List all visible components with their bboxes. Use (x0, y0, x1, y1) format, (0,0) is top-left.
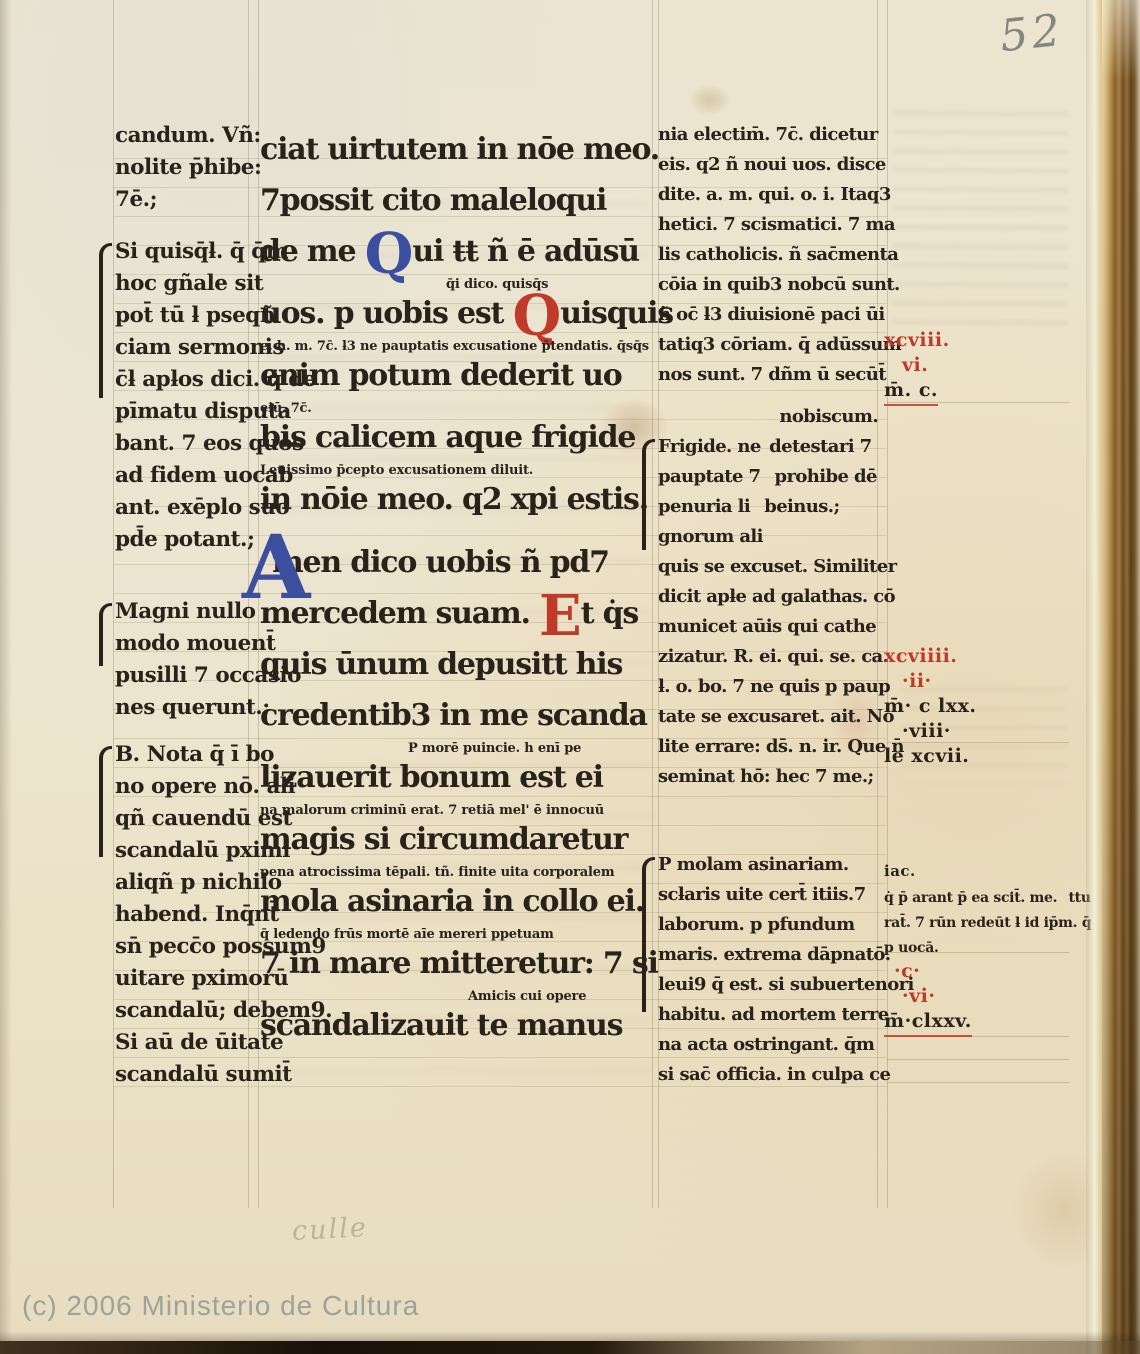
page-bottom-shadow (0, 1331, 1140, 1341)
manuscript-line: candum. Vñ: (115, 120, 253, 152)
numeral-text: iac. (884, 862, 916, 880)
manuscript-line: ciam sermonis (115, 332, 253, 364)
margin-numeral: iac. (884, 858, 1091, 884)
line-text: uos. p uobis est (260, 296, 512, 331)
manuscript-line: scandalū; debem9. (115, 995, 253, 1027)
manuscript-line: 7possit cito maleloqui (260, 175, 656, 226)
numeral-text: rat̄. 7 rūn redeūt ƚ id ip̄m. q̄ (884, 915, 1091, 931)
margin-numeral: ·vi· (884, 984, 1091, 1009)
ruling-extension (887, 1082, 1069, 1083)
line-text: in nōie meo. q2 xpi estis. (260, 482, 648, 517)
numeral-text: p uocā. (884, 940, 939, 956)
manuscript-line: pd̄e potant.; (115, 524, 253, 556)
line-text: ciat uirtutem in nōe meo. (260, 132, 659, 167)
manuscript-line: municet aūis qui cathe (658, 612, 878, 642)
numeral-text: m̄. c. (884, 378, 938, 406)
manuscript-line: scandalū sumit̄ (115, 1059, 253, 1091)
ruling-line (113, 0, 114, 1208)
manuscript-line: lis catholicis. ñ sac̄menta (658, 240, 878, 270)
line-text: enim potum dederit uo (260, 358, 622, 393)
manuscript-line: pot̄ tū ƚ pseqñ (115, 300, 253, 332)
manuscript-line: pusilli 7 occasio (115, 660, 253, 692)
numeral-text: le xcvii. (884, 745, 969, 767)
margin-numerals-group-2: xcviiii.·ii·m̄· c lxx.·viii·le xcvii. (884, 644, 977, 769)
line-text: ui ŧŧ ñ ē adūsū (412, 234, 639, 269)
numeral-text: vi. (884, 354, 928, 376)
manuscript-line: habend. Inq̄nt̄ (115, 899, 253, 931)
margin-numeral: rat̄. 7 rūn redeūt ƚ id ip̄m. q̄ (884, 909, 1091, 934)
manuscript-line: nobiscum. (658, 402, 878, 432)
manuscript-line: dicit apƚe ad galathas. cō (658, 582, 878, 612)
manuscript-line: credentib3 in me scanda (260, 690, 656, 741)
margin-numeral: ·ii· (884, 669, 977, 694)
manuscript-line: uos. p uobis est Quisquis (260, 288, 656, 339)
margin-numeral: m̄· c lxx. (884, 694, 977, 719)
manuscript-line: c̄ƚ apƚos dici. q̄ de (115, 364, 253, 396)
gutter-shadow (0, 0, 12, 1354)
line-text: scandalizauit te manus (260, 1008, 622, 1043)
manuscript-line: nia electim̄. 7c̄. dicetur (658, 120, 878, 150)
manuscript-line: ant. exēplo suo (115, 492, 253, 524)
manuscript-line: lizauerit bonum est ei (260, 752, 656, 803)
numeral-text: xcviiii. (884, 645, 957, 667)
manuscript-line: ciat uirtutem in nōe meo. (260, 124, 656, 175)
manuscript-line: Si aū de ūitate (115, 1027, 253, 1059)
line-text: quis ūnum depusitt his (260, 647, 622, 682)
numeral-text: ·ii· (884, 670, 932, 692)
margin-numeral: q̇ p̄ arant p̄ ea scit̄. me. ttu (884, 884, 1091, 909)
numeral-text: q̇ p̄ arant p̄ ea scit̄. me. ttu (884, 890, 1091, 906)
manuscript-line: scandalū pximi (115, 835, 253, 867)
book-bottom-edge (0, 1341, 1140, 1354)
manuscript-line: hoc gñale sit (115, 268, 253, 300)
margin-numeral: ·c· (884, 959, 1091, 984)
ruling-extension (887, 1059, 1069, 1060)
manuscript-line: si sac̄ officia. in culpa ce (658, 1060, 878, 1090)
line-text: credentib3 in me scanda (260, 698, 647, 733)
manuscript-line: P molam asinariam. (658, 850, 878, 880)
line-text: mola asinaria in collo ei. (260, 884, 644, 919)
manuscript-line: nes querunt.; (115, 692, 253, 724)
margin-numeral: xcviiii. (884, 644, 977, 669)
manuscript-line: nos sunt. 7 dñm ū secūt̄ (658, 360, 878, 390)
manuscript-line: scandalizauit te manus (260, 1000, 656, 1051)
manuscript-line: Magni nullo (115, 596, 253, 628)
margin-numeral: vi. (884, 353, 950, 378)
manuscript-line: qñ cauendū est (115, 803, 253, 835)
manuscript-line: laborum. p pfundum (658, 910, 878, 940)
manuscript-line: scƚaris uite cert̄ itiis.7 (658, 880, 878, 910)
manuscript-line: quis ūnum depusitt his (260, 639, 656, 690)
manuscript-page: 52 candum. Vñ: nolite p̄hibe: 7ē.; Si qu… (0, 0, 1140, 1354)
margin-numeral: xcviii. (884, 328, 950, 353)
margin-numerals-group-3: iac.q̇ p̄ arant p̄ ea scit̄. me. tturat̄… (884, 858, 1091, 1037)
manuscript-line: lite errare: ds̄. n. ir. Que n̄ (658, 732, 878, 762)
manuscript-line: Si quisq̄ƚ. q̄ q̄m (115, 236, 253, 268)
manuscript-line: tate se excusaret. ait. No (658, 702, 878, 732)
manuscript-line: tatiq3 cōriam. q̄ adūssum (658, 330, 878, 360)
line-text: men dico uobis ñ pd7 (272, 545, 609, 580)
main-column: ciat uirtutem in nōe meo. 7possit cito m… (260, 124, 656, 1051)
manuscript-line: penuria li beinus.; (658, 492, 878, 522)
manuscript-line: enim potum dederit uo (260, 350, 656, 401)
margin-numeral: p uocā. (884, 934, 1091, 959)
manuscript-line: leui9 q̄ est. si subuertenori (658, 970, 878, 1000)
manuscript-line: 7ē.; (115, 184, 253, 216)
right-column: nia electim̄. 7c̄. dicetur eis. q2 ñ nou… (658, 120, 878, 1090)
line-text: 7 in mare mitteretur: 7 si (260, 946, 658, 981)
manuscript-line: pauptate 7 prohibe dē (658, 462, 878, 492)
manuscript-line: bis calicem aque frigide (260, 412, 656, 463)
manuscript-line: nolite p̄hibe: (115, 152, 253, 184)
manuscript-line: de me Qui ŧŧ ñ ē adūsū (260, 226, 656, 277)
manuscript-line: in nōie meo. q2 xpi estis. (260, 474, 656, 525)
numeral-text: ·vi· (884, 985, 936, 1007)
margin-numeral: m̄·clxxv. (884, 1009, 1091, 1037)
show-through-text (892, 111, 1069, 340)
manuscript-line: na acta ostringant. q̄m (658, 1030, 878, 1060)
manuscript-line: seminat hō: hec 7 me.; (658, 762, 878, 792)
margin-numeral: ·viii· (884, 719, 977, 744)
manuscript-line: magis si circumdaretur (260, 814, 656, 865)
pencil-page-number: 52 (998, 5, 1067, 62)
manuscript-line: 7 in mare mitteretur: 7 si (260, 938, 656, 989)
numeral-text: ·viii· (884, 720, 951, 742)
manuscript-line: gnorum ali (658, 522, 878, 552)
manuscript-line: uitare pximorū (115, 963, 253, 995)
line-text: bis calicem aque frigide (260, 420, 635, 455)
manuscript-line: mola asinaria in collo ei. (260, 876, 656, 927)
numeral-text: m̄·clxxv. (884, 1009, 972, 1037)
manuscript-line: no opere nō. ali (115, 771, 253, 803)
manuscript-line: pīmatu disputa (115, 396, 253, 428)
line-text: magis si circumdaretur (260, 822, 627, 857)
manuscript-line: zizatur. R. ei. qui. se. ca. (658, 642, 878, 672)
numeral-text: xcviii. (884, 329, 950, 351)
manuscript-line: modo mouent̄ (115, 628, 253, 660)
manuscript-line: maris. extrema dāpnatō. (658, 940, 878, 970)
manuscript-line: eis. q2 ñ noui uos. disce (658, 150, 878, 180)
manuscript-line: quis se excuset. Similiter (658, 552, 878, 582)
copyright-watermark: (c) 2006 Ministerio de Cultura (22, 1290, 419, 1322)
manuscript-line: habitu. ad mortem terre (658, 1000, 878, 1030)
manuscript-line: Amen dico uobis ñ pd7 (260, 537, 656, 588)
manuscript-line: mercedem suam. Et q̇s (260, 588, 656, 639)
manuscript-line: ƚ. o. bo. 7 ne quis p paup (658, 672, 878, 702)
manuscript-line: sn̄ pecc̄o possum9 (115, 931, 253, 963)
manuscript-line: B. Nota q̄ ī bo (115, 739, 253, 771)
line-text: uisquis (560, 296, 673, 331)
manuscript-line: dite. a. m. qui. o. i. Itaq3 (658, 180, 878, 210)
margin-numeral: le xcvii. (884, 744, 977, 769)
line-text: lizauerit bonum est ei (260, 760, 603, 795)
parchment-stain (688, 84, 732, 116)
margin-numerals-group-1: xcviii.vi.m̄. c. (884, 328, 950, 406)
manuscript-line: ñ oc̄ ƚ3 diuisionē paci ūi (658, 300, 878, 330)
manuscript-line: ad fidem uocab (115, 460, 253, 492)
pencil-note: culle (291, 1212, 368, 1247)
manuscript-line: cōia in quib3 nobcū sunt. (658, 270, 878, 300)
manuscript-line: hetici. 7 scismatici. 7 ma (658, 210, 878, 240)
numeral-text: ·c· (884, 960, 920, 982)
margin-numeral: m̄. c. (884, 378, 950, 406)
book-fore-edge (1102, 0, 1140, 1354)
manuscript-line: aliqñ p nichilo (115, 867, 253, 899)
left-column: candum. Vñ: nolite p̄hibe: 7ē.; Si quisq… (115, 120, 253, 1091)
numeral-text: m̄· c lxx. (884, 695, 977, 717)
page-edge-highlight (1086, 0, 1102, 1354)
line-text: t q̇s (581, 596, 638, 631)
manuscript-line: Frigide. ne detestari 7 (658, 432, 878, 462)
manuscript-line: bant. 7 eos quos (115, 428, 253, 460)
line-text: de me (260, 234, 365, 269)
line-text: 7possit cito maleloqui (260, 183, 606, 218)
line-text: mercedem suam. (260, 596, 539, 631)
